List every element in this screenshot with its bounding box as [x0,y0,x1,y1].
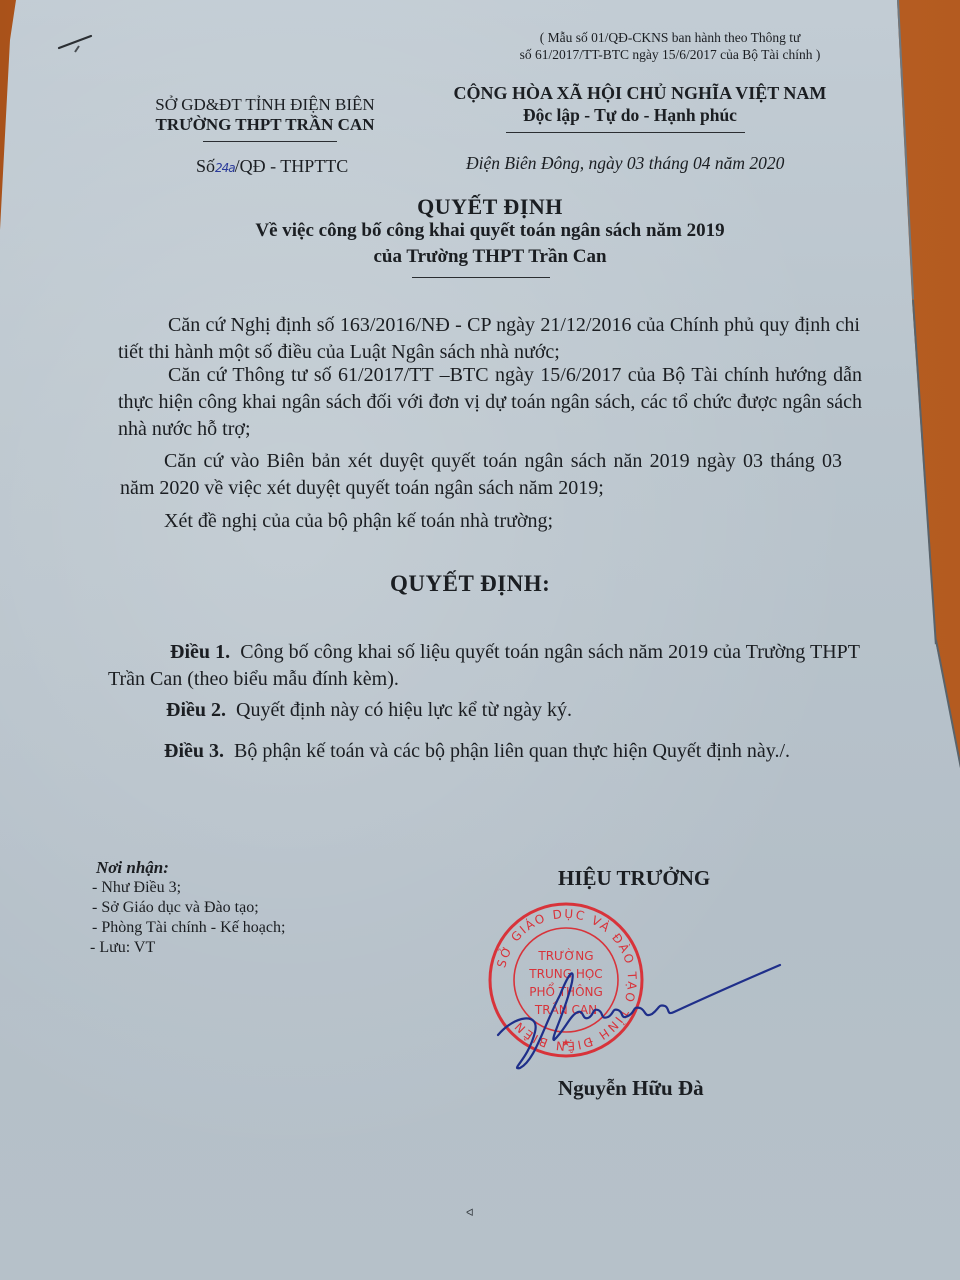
recipients-heading: Nơi nhận: [96,858,285,878]
recipient-item: - Sở Giáo dục và Đào tạo; [92,898,285,918]
national-underline [506,132,745,133]
pencil-tick: ᐊ [466,1208,474,1219]
form-note-line-2: số 61/2017/TT-BTC ngày 15/6/2017 của Bộ … [470,46,870,63]
form-note-line-1: ( Mẫu số 01/QĐ-CKNS ban hành theo Thông … [470,29,870,46]
decision-heading: QUYẾT ĐỊNH: [390,571,550,597]
issuer-underline [203,141,337,142]
document-title: QUYẾT ĐỊNH [200,194,780,220]
place-date: Điện Biên Đông, ngày 03 tháng 04 năm 202… [466,153,784,174]
article-3: Điều 3. Bộ phận kế toán và các bộ phận l… [104,738,866,765]
title-underline [412,277,550,278]
recipients-block: Nơi nhận: - Như Điều 3; - Sở Giáo dục và… [92,858,285,958]
recipient-item: - Lưu: VT [90,938,285,958]
subject-line-1: Về việc công bố công khai quyết toán ngâ… [200,218,780,244]
article-3-label: Điều 3. [164,740,224,762]
title-block: QUYẾT ĐỊNH [200,194,780,220]
national-motto-2: Độc lập - Tự do - Hạnh phúc [410,104,850,126]
number-prefix: Số [196,156,215,176]
recipient-item: - Phòng Tài chính - Kế hoạch; [92,918,285,938]
preamble-4: Xét đề nghị của của bộ phận kế toán nhà … [164,508,553,535]
handwritten-signature [480,920,790,1080]
subject-line-2: của Trường THPT Trần Can [200,244,780,270]
preamble-3: Căn cứ vào Biên bản xét duyệt quyết toán… [120,448,842,502]
preamble-1: Căn cứ Nghị định số 163/2016/NĐ - CP ngà… [118,312,860,366]
issuer-block: SỞ GD&ĐT TỈNH ĐIỆN BIÊN TRƯỜNG THPT TRẦN… [130,95,400,135]
number-handwritten: 24a [215,161,235,175]
recipient-item: - Như Điều 3; [92,878,285,898]
article-3-text: Bộ phận kế toán và các bộ phận liên quan… [234,740,790,762]
national-motto-1: CỘNG HÒA XÃ HỘI CHỦ NGHĨA VIỆT NAM [430,82,850,104]
document-number: Số24a/QĐ - THPTTC [196,156,348,177]
preamble-2: Căn cứ Thông tư số 61/2017/TT –BTC ngày … [118,362,862,443]
pencil-mark [55,28,115,58]
signatory-title: HIỆU TRƯỞNG [558,866,710,891]
subject-block: Về việc công bố công khai quyết toán ngâ… [200,218,780,270]
article-2-label: Điều 2. [166,699,226,721]
national-header: CỘNG HÒA XÃ HỘI CHỦ NGHĨA VIỆT NAM Độc l… [430,82,850,126]
article-2: Điều 2. Quyết định này có hiệu lực kể từ… [166,697,572,724]
number-suffix: /QĐ - THPTTC [235,156,349,176]
article-2-text: Quyết định này có hiệu lực kể từ ngày ký… [236,699,572,721]
signatory-name: Nguyễn Hữu Đà [558,1076,704,1101]
article-1: Điều 1. Công bố công khai số liệu quyết … [108,639,860,693]
form-note: ( Mẫu số 01/QĐ-CKNS ban hành theo Thông … [470,29,870,63]
issuer-school: TRƯỜNG THPT TRẦN CAN [130,115,400,135]
article-1-label: Điều 1. [170,641,230,663]
issuer-department: SỞ GD&ĐT TỈNH ĐIỆN BIÊN [130,95,400,115]
